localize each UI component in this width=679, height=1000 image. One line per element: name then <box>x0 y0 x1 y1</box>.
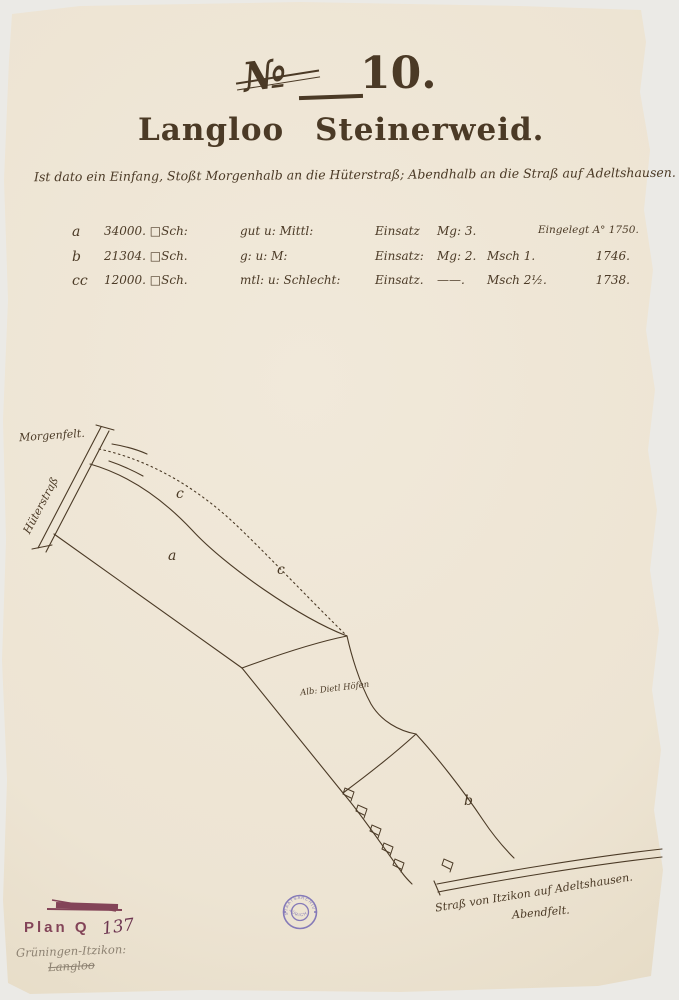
svg-text:ZÜRICH: ZÜRICH <box>289 908 308 918</box>
parcel-c-lower-label: c <box>277 562 285 578</box>
boundary-neighbor-b <box>343 734 416 793</box>
boundary-sw-a <box>54 534 242 668</box>
struck-stamp <box>47 900 122 911</box>
boundary-flags <box>343 788 453 872</box>
parcel-c-upper-label: c <box>176 486 184 502</box>
boundary-a-neighbor <box>242 636 347 668</box>
boundary-c-a <box>90 464 347 636</box>
dotted-boundary <box>99 449 347 636</box>
archive-note-line2: Langloo <box>48 958 95 974</box>
parcel-map-drawing: STAATSARCHIV ZÜRICH <box>0 0 679 1000</box>
field-line <box>112 444 147 454</box>
field-line <box>109 461 143 476</box>
parcel-a-label: a <box>168 548 176 564</box>
parcel-b-label: b <box>464 793 473 809</box>
scanned-plan-page: № 10. Langloo Steinerweid. Ist dato ein … <box>0 0 679 1000</box>
archive-stamp: STAATSARCHIV ZÜRICH <box>283 895 316 929</box>
plan-q-stamp: Plan Q <box>24 919 90 936</box>
archive-stamp-text-bottom: ZÜRICH <box>289 908 308 918</box>
